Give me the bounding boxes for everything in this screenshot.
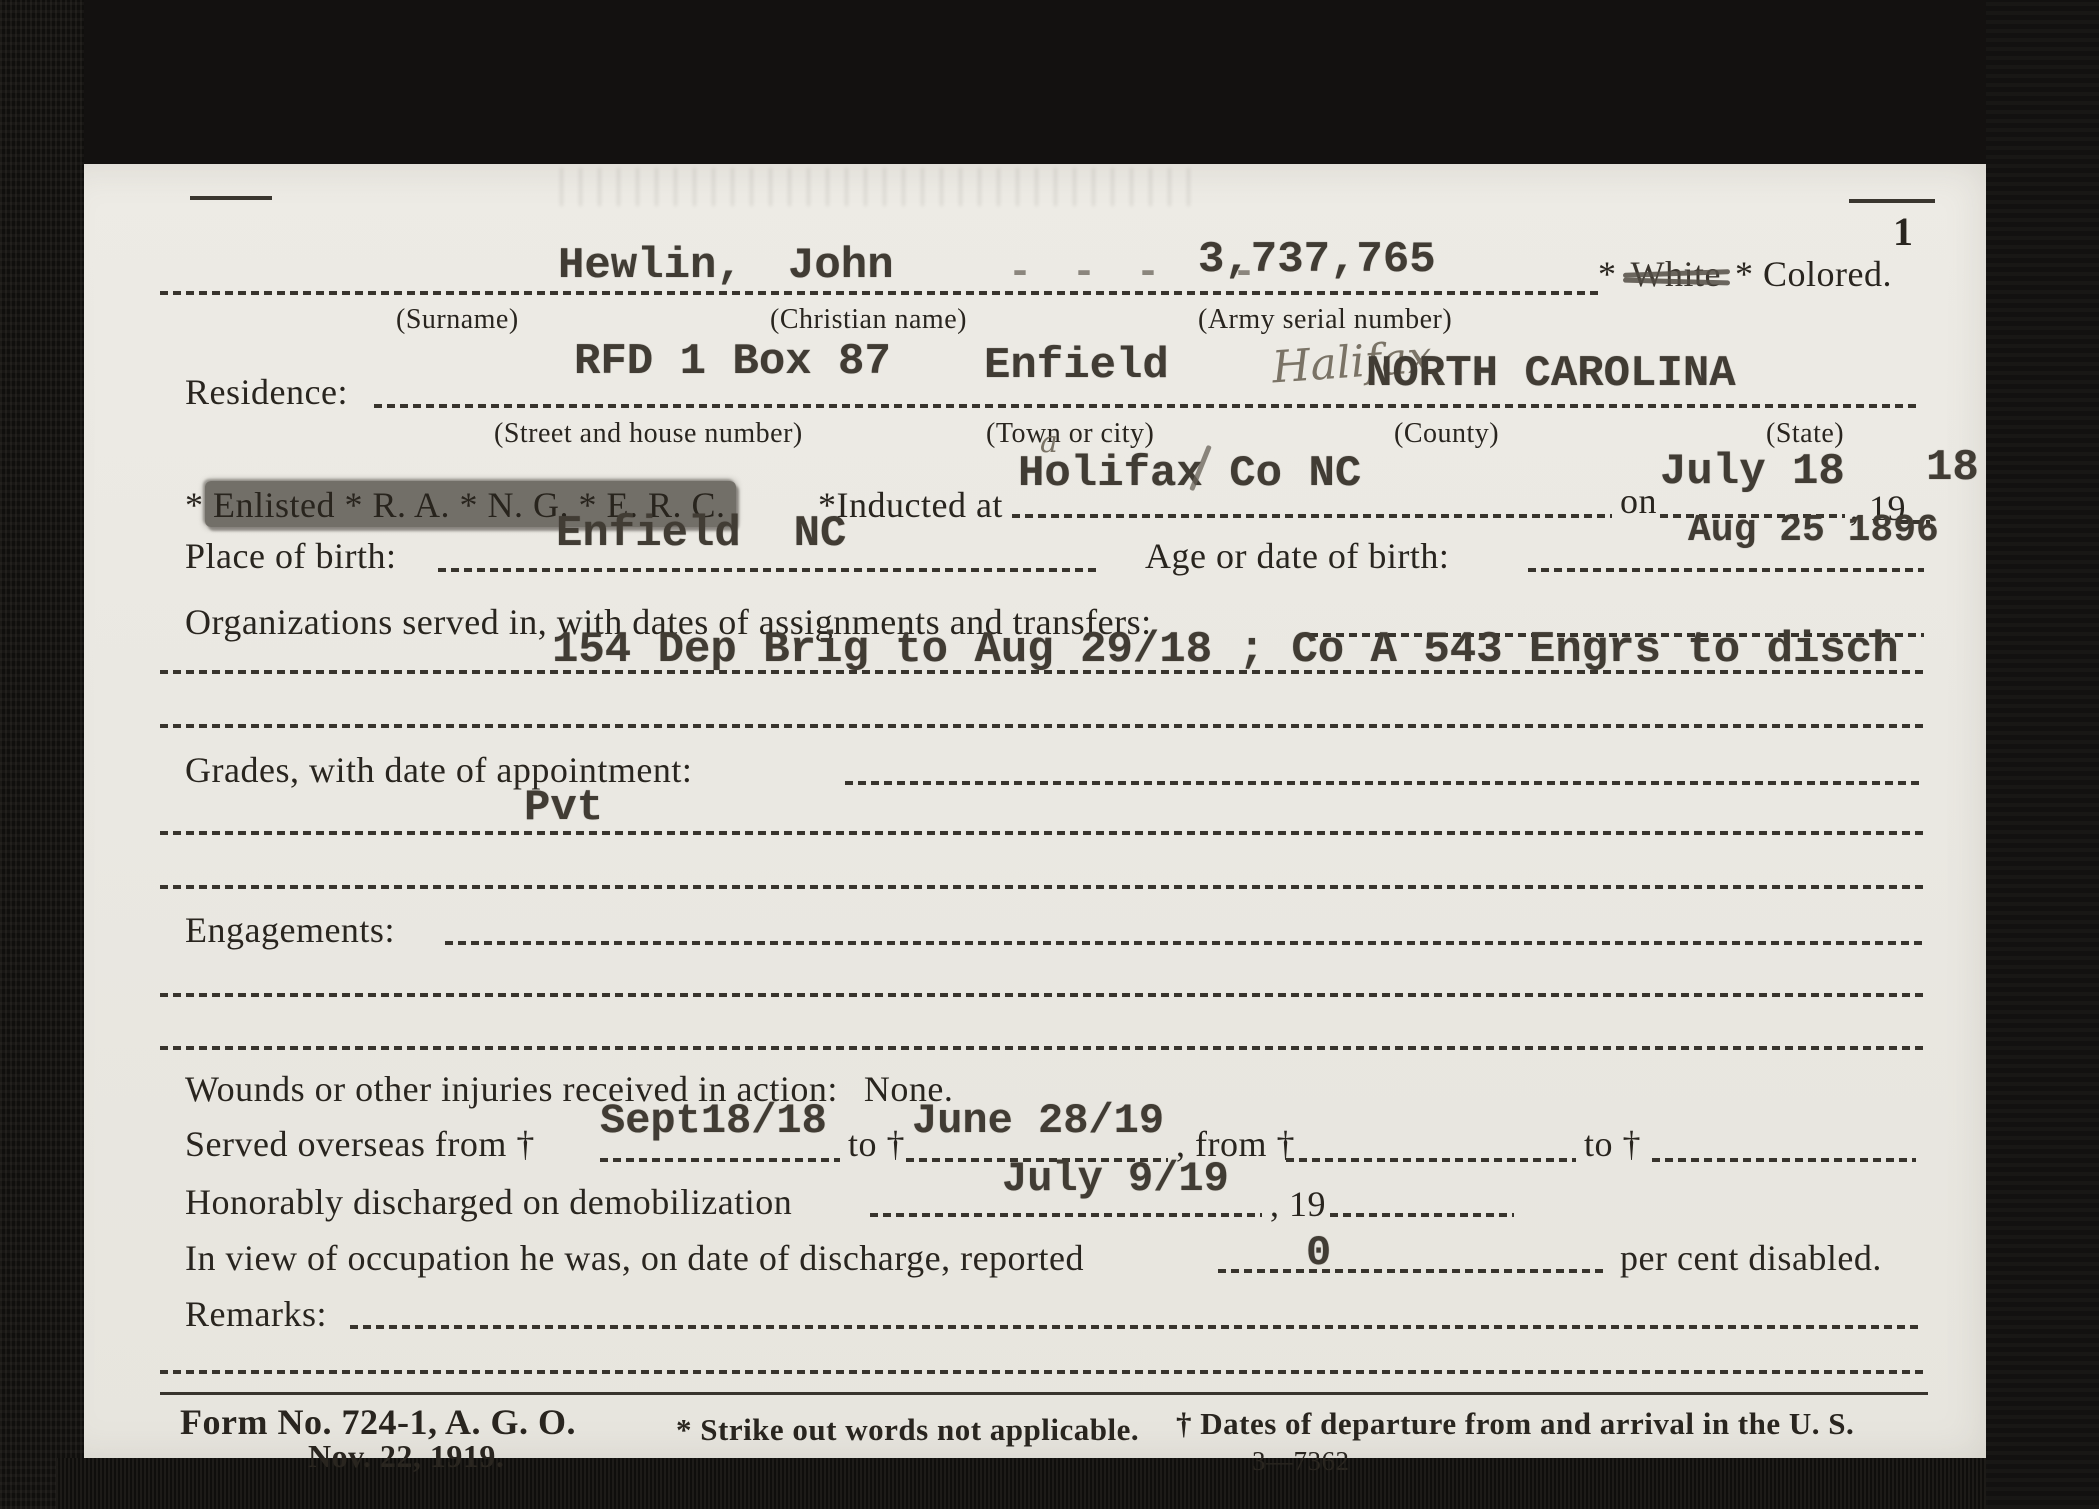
organizations-value: 154 Dep Brig to Aug 29/18 ; Co A 543 Eng… xyxy=(552,628,1899,672)
disabled-label-pre: In view of occupation he was, on date of… xyxy=(185,1240,1084,1276)
street-value: RFD 1 Box 87 xyxy=(574,340,891,384)
place-of-birth-label: Place of birth: xyxy=(185,538,396,574)
top-left-tick xyxy=(190,196,272,200)
state-value: NORTH CAROLINA xyxy=(1366,352,1736,396)
remarks-dotted-line xyxy=(350,1325,1922,1329)
on-label: on xyxy=(1620,483,1657,519)
discharged-label: Honorably discharged on demobilization xyxy=(185,1184,792,1220)
race-white-struck: White xyxy=(1631,256,1721,292)
christian-name-value: John xyxy=(788,244,894,288)
discharge-year-prefix: , 19 xyxy=(1270,1186,1326,1222)
discharge-year-dotted-line xyxy=(1330,1213,1514,1217)
wounds-row: Wounds or other injuries received in act… xyxy=(185,1071,953,1107)
town-value: Enfield xyxy=(984,344,1169,388)
top-right-tick xyxy=(1849,199,1935,203)
overseas-from-dotted-line xyxy=(600,1158,840,1162)
page-number: 1 xyxy=(1893,212,1914,252)
serial-number-value: 3,737,765 xyxy=(1198,238,1436,282)
print-code: 3—7362 xyxy=(1252,1448,1350,1475)
handwritten-correction-letter: a xyxy=(1040,428,1058,458)
overseas-from2-dotted-line xyxy=(1286,1158,1576,1162)
race-colored: * Colored. xyxy=(1735,256,1892,292)
grades-dotted-line xyxy=(845,781,1924,785)
rule-line xyxy=(160,831,1928,835)
rule-line xyxy=(160,724,1928,728)
form-number: Form No. 724-1, A. G. O. xyxy=(180,1404,576,1440)
street-label: (Street and house number) xyxy=(494,420,803,448)
induction-place-dotted-line xyxy=(1012,514,1612,518)
disabled-label-post: per cent disabled. xyxy=(1620,1240,1882,1276)
engagements-label: Engagements: xyxy=(185,912,395,948)
served-overseas-label: Served overseas from † xyxy=(185,1126,535,1162)
engagements-dotted-line xyxy=(445,941,1924,945)
place-of-birth-dotted-line xyxy=(438,568,1100,572)
disabled-dotted-line xyxy=(1218,1269,1606,1273)
serial-number-label: (Army serial number) xyxy=(1198,306,1452,334)
film-edge-right xyxy=(1986,0,2099,1509)
grade-value: Pvt xyxy=(524,786,603,830)
discharge-date-value: July 9/19 xyxy=(1002,1158,1229,1200)
overseas-from-value: Sept18/18 xyxy=(600,1100,827,1142)
race-selection: * White * Colored. xyxy=(1598,256,1892,292)
surname-label: (Surname) xyxy=(396,306,519,334)
rule-line xyxy=(160,670,1928,674)
dagger-note: † Dates of departure from and arrival in… xyxy=(1176,1408,1854,1439)
race-star: * xyxy=(1598,256,1617,292)
rule-line xyxy=(160,1046,1928,1050)
induction-date-value: July 18 xyxy=(1660,450,1845,494)
surname-value: Hewlin, xyxy=(558,244,743,288)
town-label: (Town or city) xyxy=(986,420,1154,448)
overseas-to2-label: to † xyxy=(1584,1126,1641,1162)
overseas-to2-dotted-line xyxy=(1652,1158,1916,1162)
induction-year-value: 18 xyxy=(1926,446,1979,490)
county-label: (County) xyxy=(1394,420,1499,448)
name-dotted-line xyxy=(160,291,1602,295)
scan-ghost-marks xyxy=(560,168,1200,206)
overseas-to-label: to † xyxy=(848,1126,905,1162)
form-date: Nov. 22, 1919. xyxy=(308,1440,504,1472)
remarks-label: Remarks: xyxy=(185,1296,327,1332)
rule-line xyxy=(160,993,1928,997)
residence-label: Residence: xyxy=(185,374,348,410)
enlistment-star: * xyxy=(185,485,204,525)
discharge-dotted-line xyxy=(870,1213,1262,1217)
christian-name-label: (Christian name) xyxy=(770,306,967,334)
scanned-service-record-card: 1 Hewlin, John - - - - 3,737,765 * White… xyxy=(0,0,2099,1509)
film-edge-left xyxy=(0,0,84,1509)
solid-rule-line xyxy=(160,1392,1928,1395)
rule-line xyxy=(160,1370,1928,1374)
age-or-birthdate-label: Age or date of birth: xyxy=(1145,538,1449,574)
residence-dotted-line xyxy=(374,404,1920,408)
state-label: (State) xyxy=(1766,420,1844,448)
grades-label: Grades, with date of appointment: xyxy=(185,752,692,788)
birth-date-value: Aug 25 1896 xyxy=(1688,512,1939,550)
strike-out-note: * Strike out words not applicable. xyxy=(676,1414,1139,1445)
place-of-birth-value: Enfield NC xyxy=(556,512,846,556)
rule-line xyxy=(160,885,1928,889)
birth-date-dotted-line xyxy=(1528,568,1924,572)
overseas-to-value: June 28/19 xyxy=(912,1100,1164,1142)
disabled-percent-value: 0 xyxy=(1306,1232,1331,1274)
